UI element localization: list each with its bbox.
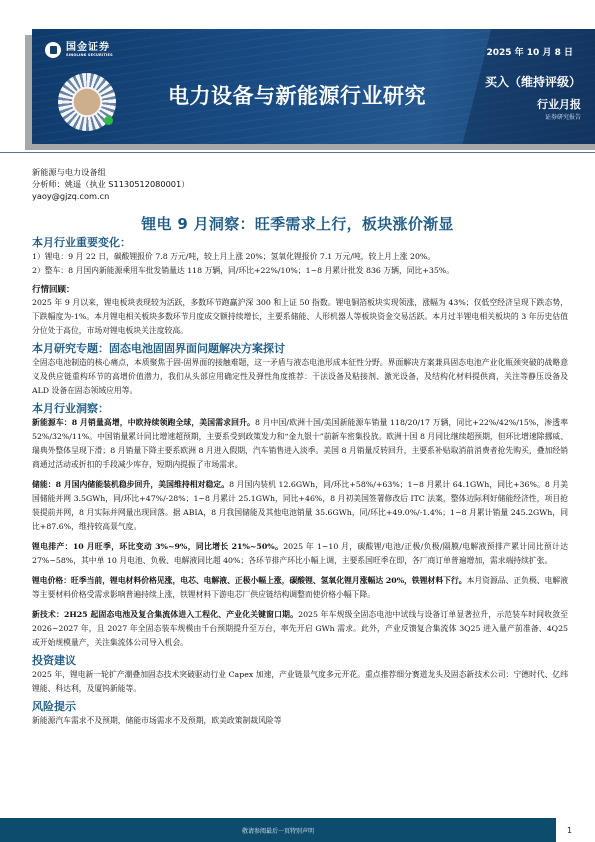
report-subtype: 证券研究报告 <box>545 112 581 121</box>
analyst-name: 分析师：姚遥（执业 S1130512080001） <box>32 178 189 190</box>
section-heading-market: 行情回顾： <box>32 284 568 296</box>
insight-lead: 锂电排产：10 月旺季，环比变动 3%~9%，同比增长 21%~50%。 <box>32 542 283 551</box>
brand-name-en: SINOLINK SECURITIES <box>66 54 113 58</box>
insight-lead: 锂电价格：旺季当前，锂电材料价格见涨，电芯、电解液、正极小幅上涨，碳酸锂、氢氧化… <box>32 576 467 585</box>
footer-bar: 敬请参阅最后一页特别声明 <box>0 818 556 842</box>
insight-prices: 锂电价格：旺季当前，锂电材料价格见涨，电芯、电解液、正极小幅上涨，碳酸锂、氢氧化… <box>32 574 568 602</box>
analyst-email[interactable]: yaoy@gjzq.com.cn <box>32 190 189 202</box>
rating-label: 买入（维持评级） <box>485 73 581 90</box>
insight-ev: 新能源车：8 月销量高增，中欧持续领跑全球，美国需求回升。8 月中国/欧洲十国/… <box>32 416 568 472</box>
header-divider <box>0 152 595 153</box>
insight-lead: 新技术：2H25 起固态电池及复合集流体进入工程化、产业化关键窗口期。 <box>32 610 298 619</box>
change-item: 1）锂电：9 月 22 日，碳酸锂报价 7.8 万元/吨，较上月上涨 20%；氢… <box>32 250 568 264</box>
sinolink-logo-icon <box>45 42 61 58</box>
document-title: 锂电 9 月洞察：旺季需求上行，板块涨价渐显 <box>0 213 595 234</box>
report-category-title: 电力设备与新能源行业研究 <box>168 80 426 110</box>
miniprogram-badge-icon <box>104 116 113 125</box>
section-heading-risks: 风险提示 <box>32 700 568 714</box>
section-heading-topic: 本月研究专题：固态电池固固界面问题解决方案探讨 <box>32 342 568 356</box>
report-type: 行业月报 <box>537 96 581 112</box>
risk-text: 新能源汽车需求不及预期，储能市场需求不及预期，欧美政策制裁风险等 <box>32 714 568 728</box>
insight-production: 锂电排产：10 月旺季，环比变动 3%~9%，同比增长 21%~50%。2025… <box>32 540 568 568</box>
footer-disclaimer[interactable]: 敬请参阅最后一页特别声明 <box>242 826 314 835</box>
insight-lead: 储能：8 月国内储能装机稳步回升，美国维持相对稳定。 <box>32 480 229 489</box>
insight-technology: 新技术：2H25 起固态电池及复合集流体进入工程化、产业化关键窗口期。2025 … <box>32 608 568 650</box>
topic-text: 全固态电池制造的核心痛点，本质聚焦于固-固界面的接触难题，这一矛盾与液态电池形成… <box>32 356 568 398</box>
report-body: 本月行业重要变化： 1）锂电：9 月 22 日，碳酸锂报价 7.8 万元/吨，较… <box>32 236 568 728</box>
section-heading-changes: 本月行业重要变化： <box>32 236 568 250</box>
market-review-text: 2025 年 9 月以来，锂电板块表现较为活跃，多数环节跑赢沪深 300 和上证… <box>32 296 568 338</box>
page-number: 1 <box>556 818 583 842</box>
author-block: 新能源与电力设备组 分析师：姚遥（执业 S1130512080001） yaoy… <box>32 166 189 202</box>
investment-text: 2025 年，锂电新一轮扩产潮叠加固态技术突破驱动行业 Capex 加速，产业链… <box>32 668 568 696</box>
insight-lead: 新能源车：8 月销量高增，中欧持续领跑全球，美国需求回升。 <box>32 418 255 427</box>
section-heading-investment: 投资建议 <box>32 654 568 668</box>
team-name: 新能源与电力设备组 <box>32 166 189 178</box>
brand-logo: 国金证券 SINOLINK SECURITIES <box>45 42 113 58</box>
insight-storage: 储能：8 月国内储能装机稳步回升，美国维持相对稳定。8 月国内装机 12.6GW… <box>32 478 568 534</box>
report-date: 2025 年 10 月 8 日 <box>486 45 573 58</box>
change-item: 2）整车：8 月国内新能源乘用车批发销量达 118 万辆，同/环比+22%/10… <box>32 264 568 278</box>
section-heading-insights: 本月行业洞察： <box>32 402 568 416</box>
brand-name-cn: 国金证券 <box>66 43 113 53</box>
